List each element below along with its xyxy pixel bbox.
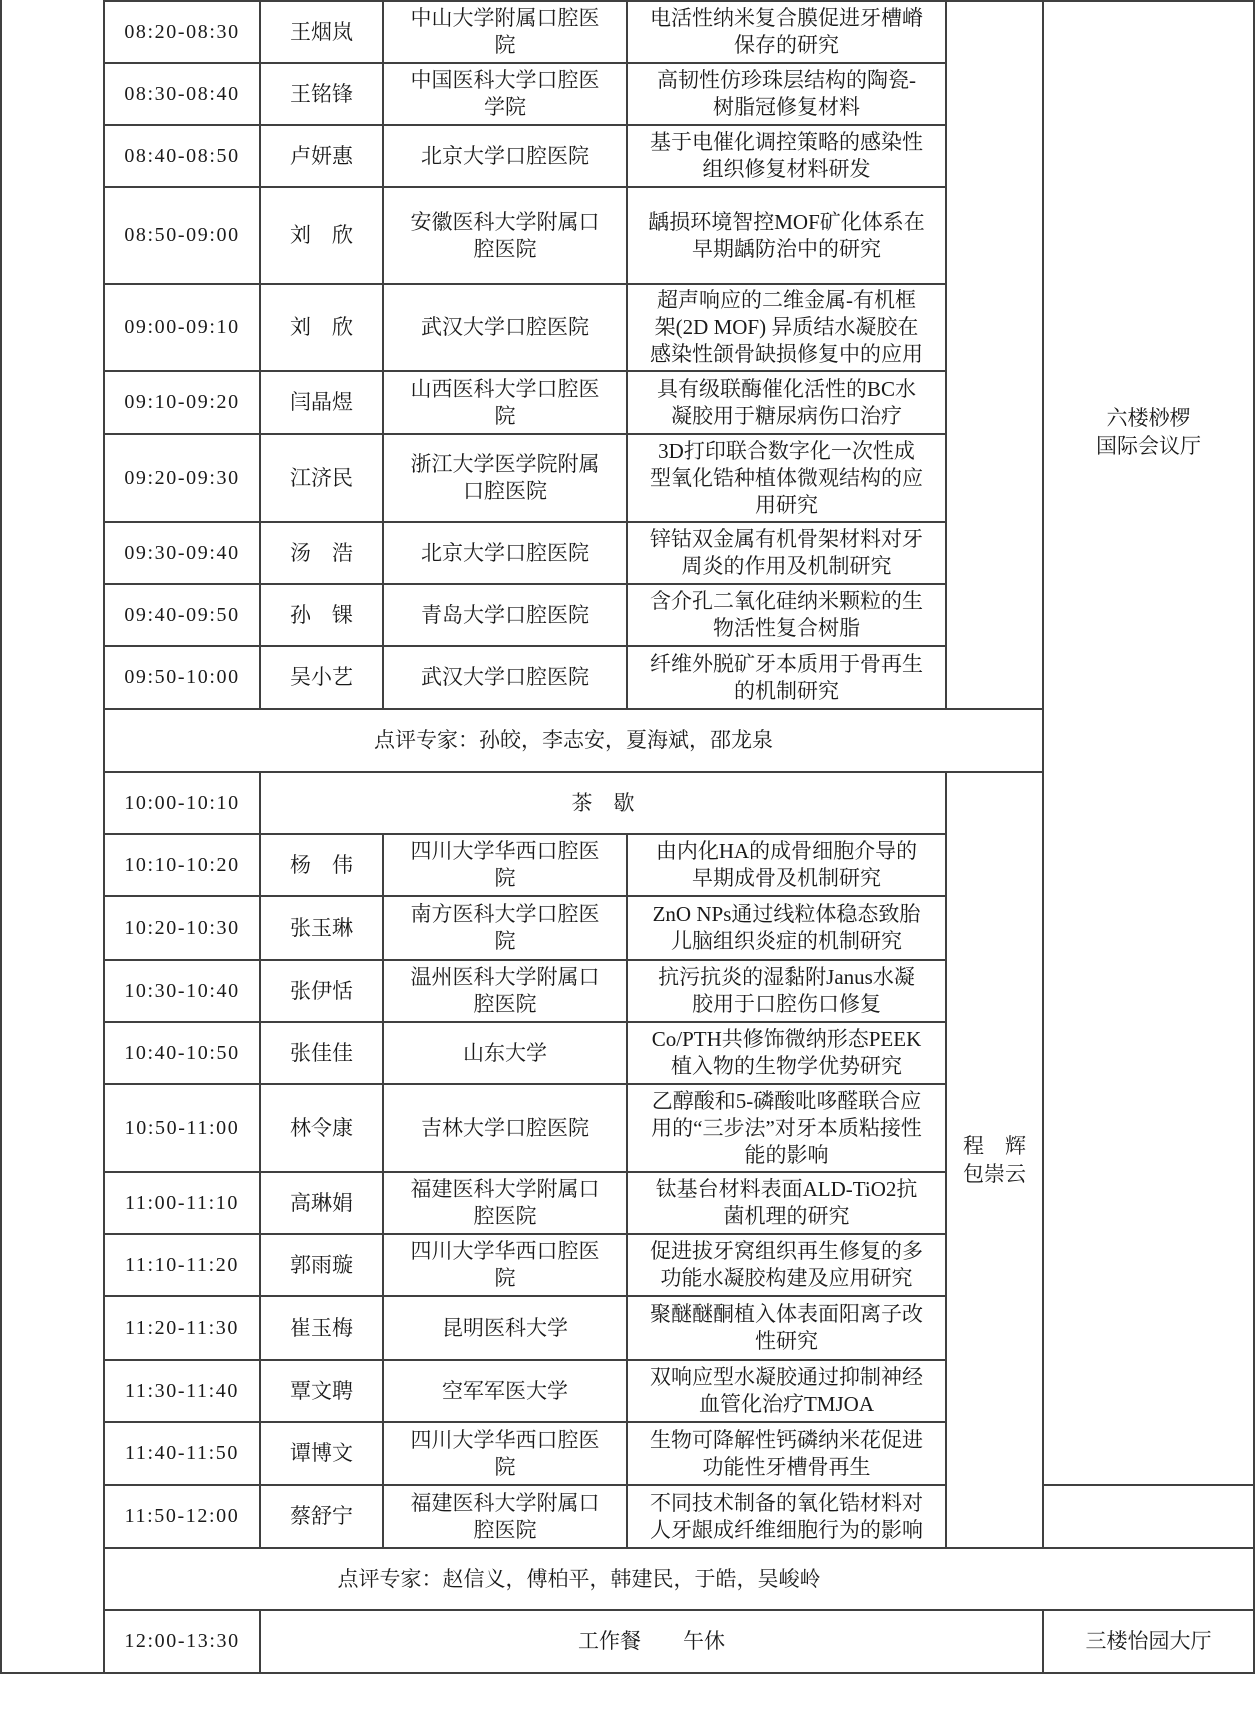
topic-text: 锌钴双金属有机骨架材料对牙周炎的作用及机制研究 — [648, 526, 925, 580]
speaker-cell: 郭雨璇 — [261, 1235, 384, 1297]
moderator-name: 包崇云 — [963, 1160, 1026, 1188]
institution-cell: 福建医科大学附属口腔医院 — [384, 1486, 628, 1549]
topic-text: Co/PTH共修饰微纳形态PEEK植入物的生物学优势研究 — [648, 1026, 925, 1080]
time-cell: 09:10-09:20 — [105, 372, 261, 435]
institution-text: 吉林大学口腔医院 — [421, 1115, 589, 1142]
institution-text: 中国医科大学口腔医学院 — [405, 67, 605, 121]
speaker-cell: 汤 浩 — [261, 523, 384, 585]
topic-text: 双响应型水凝胶通过抑制神经血管化治疗TMJOA — [648, 1364, 925, 1418]
speaker-name: 覃文聘 — [290, 1378, 353, 1405]
institution-text: 青岛大学口腔医院 — [421, 602, 589, 629]
reviewers-row-session2: 点评专家：赵信义，傅柏平，韩建民，于皓，吴峻岭 — [105, 1549, 1255, 1611]
speaker-cell: 高琳娟 — [261, 1173, 384, 1235]
topic-text: 聚醚醚酮植入体表面阳离子改性研究 — [648, 1301, 925, 1355]
speaker-cell: 张佳佳 — [261, 1023, 384, 1085]
institution-cell: 四川大学华西口腔医院 — [384, 1423, 628, 1486]
topic-cell: 聚醚醚酮植入体表面阳离子改性研究 — [628, 1297, 947, 1361]
institution-cell: 中山大学附属口腔医院 — [384, 0, 628, 64]
institution-text: 四川大学华西口腔医院 — [405, 1427, 605, 1481]
speaker-name: 郭雨璇 — [290, 1252, 353, 1279]
topic-cell: 由内化HA的成骨细胞介导的早期成骨及机制研究 — [628, 835, 947, 897]
time-cell: 08:30-08:40 — [105, 64, 261, 126]
institution-text: 温州医科大学附属口腔医院 — [405, 964, 605, 1018]
speaker-cell: 杨 伟 — [261, 835, 384, 897]
speaker-name: 王铭锋 — [290, 81, 353, 108]
institution-cell: 武汉大学口腔医院 — [384, 285, 628, 372]
venue-line-1: 六楼桫椤 — [1107, 404, 1191, 432]
speaker-name: 刘 欣 — [290, 314, 353, 341]
speaker-cell: 谭博文 — [261, 1423, 384, 1486]
moderator-cell-session1 — [947, 0, 1044, 710]
institution-cell: 青岛大学口腔医院 — [384, 585, 628, 647]
venue-cell-main: 六楼桫椤 国际会议厅 — [1044, 0, 1255, 1486]
speaker-name: 江济民 — [290, 465, 353, 492]
time-text: 11:00-11:10 — [125, 1190, 239, 1217]
speaker-name: 卢妍惠 — [290, 143, 353, 170]
speaker-name: 谭博文 — [290, 1440, 353, 1467]
tea-break-label: 茶 歇 — [572, 790, 635, 817]
speaker-name: 蔡舒宁 — [290, 1503, 353, 1530]
time-text: 10:20-10:30 — [124, 915, 239, 942]
institution-text: 山东大学 — [463, 1040, 547, 1067]
institution-cell: 吉林大学口腔医院 — [384, 1085, 628, 1173]
reviewers-text: 点评专家：孙皎，李志安，夏海斌，邵龙泉 — [374, 727, 773, 754]
institution-cell: 四川大学华西口腔医院 — [384, 1235, 628, 1297]
time-text: 11:40-11:50 — [125, 1440, 239, 1467]
topic-cell: 促进拔牙窝组织再生修复的多功能水凝胶构建及应用研究 — [628, 1235, 947, 1297]
lunch-label: 工作餐 午休 — [578, 1628, 725, 1655]
topic-text: 含介孔二氧化硅纳米颗粒的生物活性复合树脂 — [648, 588, 925, 642]
topic-text: 电活性纳米复合膜促进牙槽嵴保存的研究 — [648, 5, 925, 59]
topic-cell: 纤维外脱矿牙本质用于骨再生的机制研究 — [628, 647, 947, 710]
topic-text: 不同技术制备的氧化锆材料对人牙龈成纤维细胞行为的影响 — [648, 1490, 925, 1544]
time-cell: 10:40-10:50 — [105, 1023, 261, 1085]
time-text: 08:50-09:00 — [124, 222, 239, 249]
institution-cell: 浙江大学医学院附属口腔医院 — [384, 435, 628, 523]
topic-cell: 乙醇酸和5-磷酸吡哆醛联合应用的“三步法”对牙本质粘接性能的影响 — [628, 1085, 947, 1173]
topic-text: 乙醇酸和5-磷酸吡哆醛联合应用的“三步法”对牙本质粘接性能的影响 — [648, 1088, 925, 1169]
topic-text: 超声响应的二维金属-有机框架(2D MOF) 异质结水凝胶在感染性颌骨缺损修复中… — [648, 287, 925, 368]
institution-cell: 武汉大学口腔医院 — [384, 647, 628, 710]
topic-cell: 具有级联酶催化活性的BC水凝胶用于糖尿病伤口治疗 — [628, 372, 947, 435]
speaker-cell: 覃文聘 — [261, 1361, 384, 1423]
topic-text: 促进拔牙窝组织再生修复的多功能水凝胶构建及应用研究 — [648, 1238, 925, 1292]
topic-cell: 超声响应的二维金属-有机框架(2D MOF) 异质结水凝胶在感染性颌骨缺损修复中… — [628, 285, 947, 372]
date-column-merged-cell — [0, 0, 105, 1674]
speaker-name: 林令康 — [290, 1115, 353, 1142]
institution-text: 福建医科大学附属口腔医院 — [405, 1176, 605, 1230]
speaker-cell: 蔡舒宁 — [261, 1486, 384, 1549]
reviewers-row-session1: 点评专家：孙皎，李志安，夏海斌，邵龙泉 — [105, 710, 1044, 773]
institution-text: 四川大学华西口腔医院 — [405, 1238, 605, 1292]
topic-cell: 不同技术制备的氧化锆材料对人牙龈成纤维细胞行为的影响 — [628, 1486, 947, 1549]
time-text: 08:20-08:30 — [124, 19, 239, 46]
time-cell: 09:30-09:40 — [105, 523, 261, 585]
speaker-cell: 王烟岚 — [261, 0, 384, 64]
venue-line-2: 国际会议厅 — [1096, 432, 1201, 460]
time-text: 08:30-08:40 — [124, 81, 239, 108]
institution-text: 空军军医大学 — [442, 1378, 568, 1405]
institution-text: 南方医科大学口腔医院 — [405, 901, 605, 955]
time-cell: 10:50-11:00 — [105, 1085, 261, 1173]
time-text: 10:50-11:00 — [125, 1115, 240, 1142]
institution-text: 四川大学华西口腔医院 — [405, 838, 605, 892]
institution-text: 安徽医科大学附属口腔医院 — [405, 209, 605, 263]
speaker-name: 吴小艺 — [290, 664, 353, 691]
topic-cell: 抗污抗炎的湿黏附Janus水凝胶用于口腔伤口修复 — [628, 961, 947, 1023]
speaker-cell: 刘 欣 — [261, 188, 384, 285]
speaker-name: 张佳佳 — [290, 1040, 353, 1067]
moderator-cell-session2: 程 辉 包崇云 — [947, 773, 1044, 1549]
speaker-cell: 张玉琳 — [261, 897, 384, 961]
time-cell: 10:20-10:30 — [105, 897, 261, 961]
time-cell: 10:10-10:20 — [105, 835, 261, 897]
time-cell: 11:00-11:10 — [105, 1173, 261, 1235]
topic-text: 基于电催化调控策略的感染性组织修复材料研发 — [648, 129, 925, 183]
topic-text: 由内化HA的成骨细胞介导的早期成骨及机制研究 — [648, 838, 925, 892]
topic-cell: ZnO NPs通过线粒体稳态致胎儿脑组织炎症的机制研究 — [628, 897, 947, 961]
topic-text: 纤维外脱矿牙本质用于骨再生的机制研究 — [648, 651, 925, 705]
time-text: 09:20-09:30 — [124, 465, 239, 492]
topic-cell: 基于电催化调控策略的感染性组织修复材料研发 — [628, 126, 947, 188]
institution-cell: 四川大学华西口腔医院 — [384, 835, 628, 897]
topic-cell: Co/PTH共修饰微纳形态PEEK植入物的生物学优势研究 — [628, 1023, 947, 1085]
topic-text: 抗污抗炎的湿黏附Janus水凝胶用于口腔伤口修复 — [648, 964, 925, 1018]
speaker-cell: 卢妍惠 — [261, 126, 384, 188]
institution-cell: 山西医科大学口腔医院 — [384, 372, 628, 435]
topic-cell: 锌钴双金属有机骨架材料对牙周炎的作用及机制研究 — [628, 523, 947, 585]
institution-text: 北京大学口腔医院 — [421, 540, 589, 567]
time-text: 09:40-09:50 — [124, 602, 239, 629]
time-cell: 11:30-11:40 — [105, 1361, 261, 1423]
topic-text: 3D打印联合数字化一次性成型氧化锆种植体微观结构的应用研究 — [648, 438, 925, 519]
time-text: 10:10-10:20 — [124, 852, 239, 879]
speaker-name: 王烟岚 — [290, 19, 353, 46]
venue-cell-empty — [1044, 1486, 1255, 1549]
speaker-name: 闫晶煜 — [290, 389, 353, 416]
speaker-cell: 刘 欣 — [261, 285, 384, 372]
institution-cell: 山东大学 — [384, 1023, 628, 1085]
time-text: 12:00-13:30 — [124, 1628, 239, 1655]
speaker-cell: 吴小艺 — [261, 647, 384, 710]
speaker-cell: 崔玉梅 — [261, 1297, 384, 1361]
lunch-venue-text: 三楼怡园大厅 — [1086, 1628, 1212, 1655]
speaker-cell: 江济民 — [261, 435, 384, 523]
time-cell: 10:00-10:10 — [105, 773, 261, 835]
institution-cell: 温州医科大学附属口腔医院 — [384, 961, 628, 1023]
institution-text: 武汉大学口腔医院 — [421, 664, 589, 691]
time-text: 09:10-09:20 — [124, 389, 239, 416]
institution-cell: 南方医科大学口腔医院 — [384, 897, 628, 961]
speaker-name: 汤 浩 — [290, 540, 353, 567]
time-cell: 09:20-09:30 — [105, 435, 261, 523]
time-cell: 09:40-09:50 — [105, 585, 261, 647]
time-text: 11:30-11:40 — [125, 1378, 239, 1405]
lunch-cell: 工作餐 午休 — [261, 1611, 1044, 1674]
time-cell: 08:40-08:50 — [105, 126, 261, 188]
institution-cell: 北京大学口腔医院 — [384, 523, 628, 585]
time-cell: 09:50-10:00 — [105, 647, 261, 710]
time-cell: 11:10-11:20 — [105, 1235, 261, 1297]
speaker-cell: 张伊恬 — [261, 961, 384, 1023]
topic-text: 具有级联酶催化活性的BC水凝胶用于糖尿病伤口治疗 — [648, 376, 925, 430]
time-cell: 10:30-10:40 — [105, 961, 261, 1023]
speaker-cell: 林令康 — [261, 1085, 384, 1173]
speaker-cell: 孙 锞 — [261, 585, 384, 647]
institution-text: 福建医科大学附属口腔医院 — [405, 1490, 605, 1544]
speaker-name: 杨 伟 — [290, 852, 353, 879]
time-text: 11:10-11:20 — [125, 1252, 239, 1279]
time-text: 08:40-08:50 — [124, 143, 239, 170]
institution-cell: 北京大学口腔医院 — [384, 126, 628, 188]
time-text: 11:20-11:30 — [125, 1315, 239, 1342]
time-cell: 08:50-09:00 — [105, 188, 261, 285]
tea-break-cell: 茶 歇 — [261, 773, 947, 835]
institution-text: 昆明医科大学 — [442, 1315, 568, 1342]
schedule-table: 08:20-08:30 王烟岚 中山大学附属口腔医院 电活性纳米复合膜促进牙槽嵴… — [0, 0, 1255, 1674]
institution-text: 北京大学口腔医院 — [421, 143, 589, 170]
speaker-cell: 王铭锋 — [261, 64, 384, 126]
institution-cell: 空军军医大学 — [384, 1361, 628, 1423]
topic-cell: 钛基台材料表面ALD-TiO2抗菌机理的研究 — [628, 1173, 947, 1235]
topic-cell: 含介孔二氧化硅纳米颗粒的生物活性复合树脂 — [628, 585, 947, 647]
topic-text: 生物可降解性钙磷纳米花促进功能性牙槽骨再生 — [648, 1427, 925, 1481]
institution-cell: 中国医科大学口腔医学院 — [384, 64, 628, 126]
topic-cell: 电活性纳米复合膜促进牙槽嵴保存的研究 — [628, 0, 947, 64]
institution-text: 中山大学附属口腔医院 — [405, 5, 605, 59]
speaker-name: 张伊恬 — [290, 978, 353, 1005]
topic-text: 龋损环境智控MOF矿化体系在早期龋防治中的研究 — [648, 209, 925, 263]
time-text: 09:00-09:10 — [124, 314, 239, 341]
time-text: 11:50-12:00 — [125, 1503, 240, 1530]
topic-cell: 生物可降解性钙磷纳米花促进功能性牙槽骨再生 — [628, 1423, 947, 1486]
topic-cell: 3D打印联合数字化一次性成型氧化锆种植体微观结构的应用研究 — [628, 435, 947, 523]
speaker-name: 孙 锞 — [290, 602, 353, 629]
topic-cell: 龋损环境智控MOF矿化体系在早期龋防治中的研究 — [628, 188, 947, 285]
speaker-cell: 闫晶煜 — [261, 372, 384, 435]
reviewers-text: 点评专家：赵信义，傅柏平，韩建民，于皓，吴峻岭 — [338, 1566, 821, 1593]
time-cell: 09:00-09:10 — [105, 285, 261, 372]
institution-cell: 安徽医科大学附属口腔医院 — [384, 188, 628, 285]
speaker-name: 崔玉梅 — [290, 1315, 353, 1342]
speaker-name: 高琳娟 — [290, 1190, 353, 1217]
lunch-venue-cell: 三楼怡园大厅 — [1044, 1611, 1255, 1674]
institution-text: 山西医科大学口腔医院 — [405, 376, 605, 430]
time-text: 10:30-10:40 — [124, 978, 239, 1005]
topic-text: 高韧性仿珍珠层结构的陶瓷-树脂冠修复材料 — [648, 67, 925, 121]
institution-cell: 福建医科大学附属口腔医院 — [384, 1173, 628, 1235]
speaker-name: 张玉琳 — [290, 915, 353, 942]
time-cell: 11:40-11:50 — [105, 1423, 261, 1486]
time-text: 09:50-10:00 — [124, 664, 239, 691]
time-cell: 11:50-12:00 — [105, 1486, 261, 1549]
time-cell: 08:20-08:30 — [105, 0, 261, 64]
institution-text: 浙江大学医学院附属口腔医院 — [405, 451, 605, 505]
institution-cell: 昆明医科大学 — [384, 1297, 628, 1361]
time-text: 10:40-10:50 — [124, 1040, 239, 1067]
time-text: 10:00-10:10 — [124, 790, 239, 817]
topic-text: ZnO NPs通过线粒体稳态致胎儿脑组织炎症的机制研究 — [648, 901, 925, 955]
speaker-name: 刘 欣 — [290, 222, 353, 249]
topic-cell: 高韧性仿珍珠层结构的陶瓷-树脂冠修复材料 — [628, 64, 947, 126]
institution-text: 武汉大学口腔医院 — [421, 314, 589, 341]
time-text: 09:30-09:40 — [124, 540, 239, 567]
topic-text: 钛基台材料表面ALD-TiO2抗菌机理的研究 — [648, 1176, 925, 1230]
topic-cell: 双响应型水凝胶通过抑制神经血管化治疗TMJOA — [628, 1361, 947, 1423]
time-cell: 12:00-13:30 — [105, 1611, 261, 1674]
time-cell: 11:20-11:30 — [105, 1297, 261, 1361]
moderator-name: 程 辉 — [963, 1132, 1026, 1160]
